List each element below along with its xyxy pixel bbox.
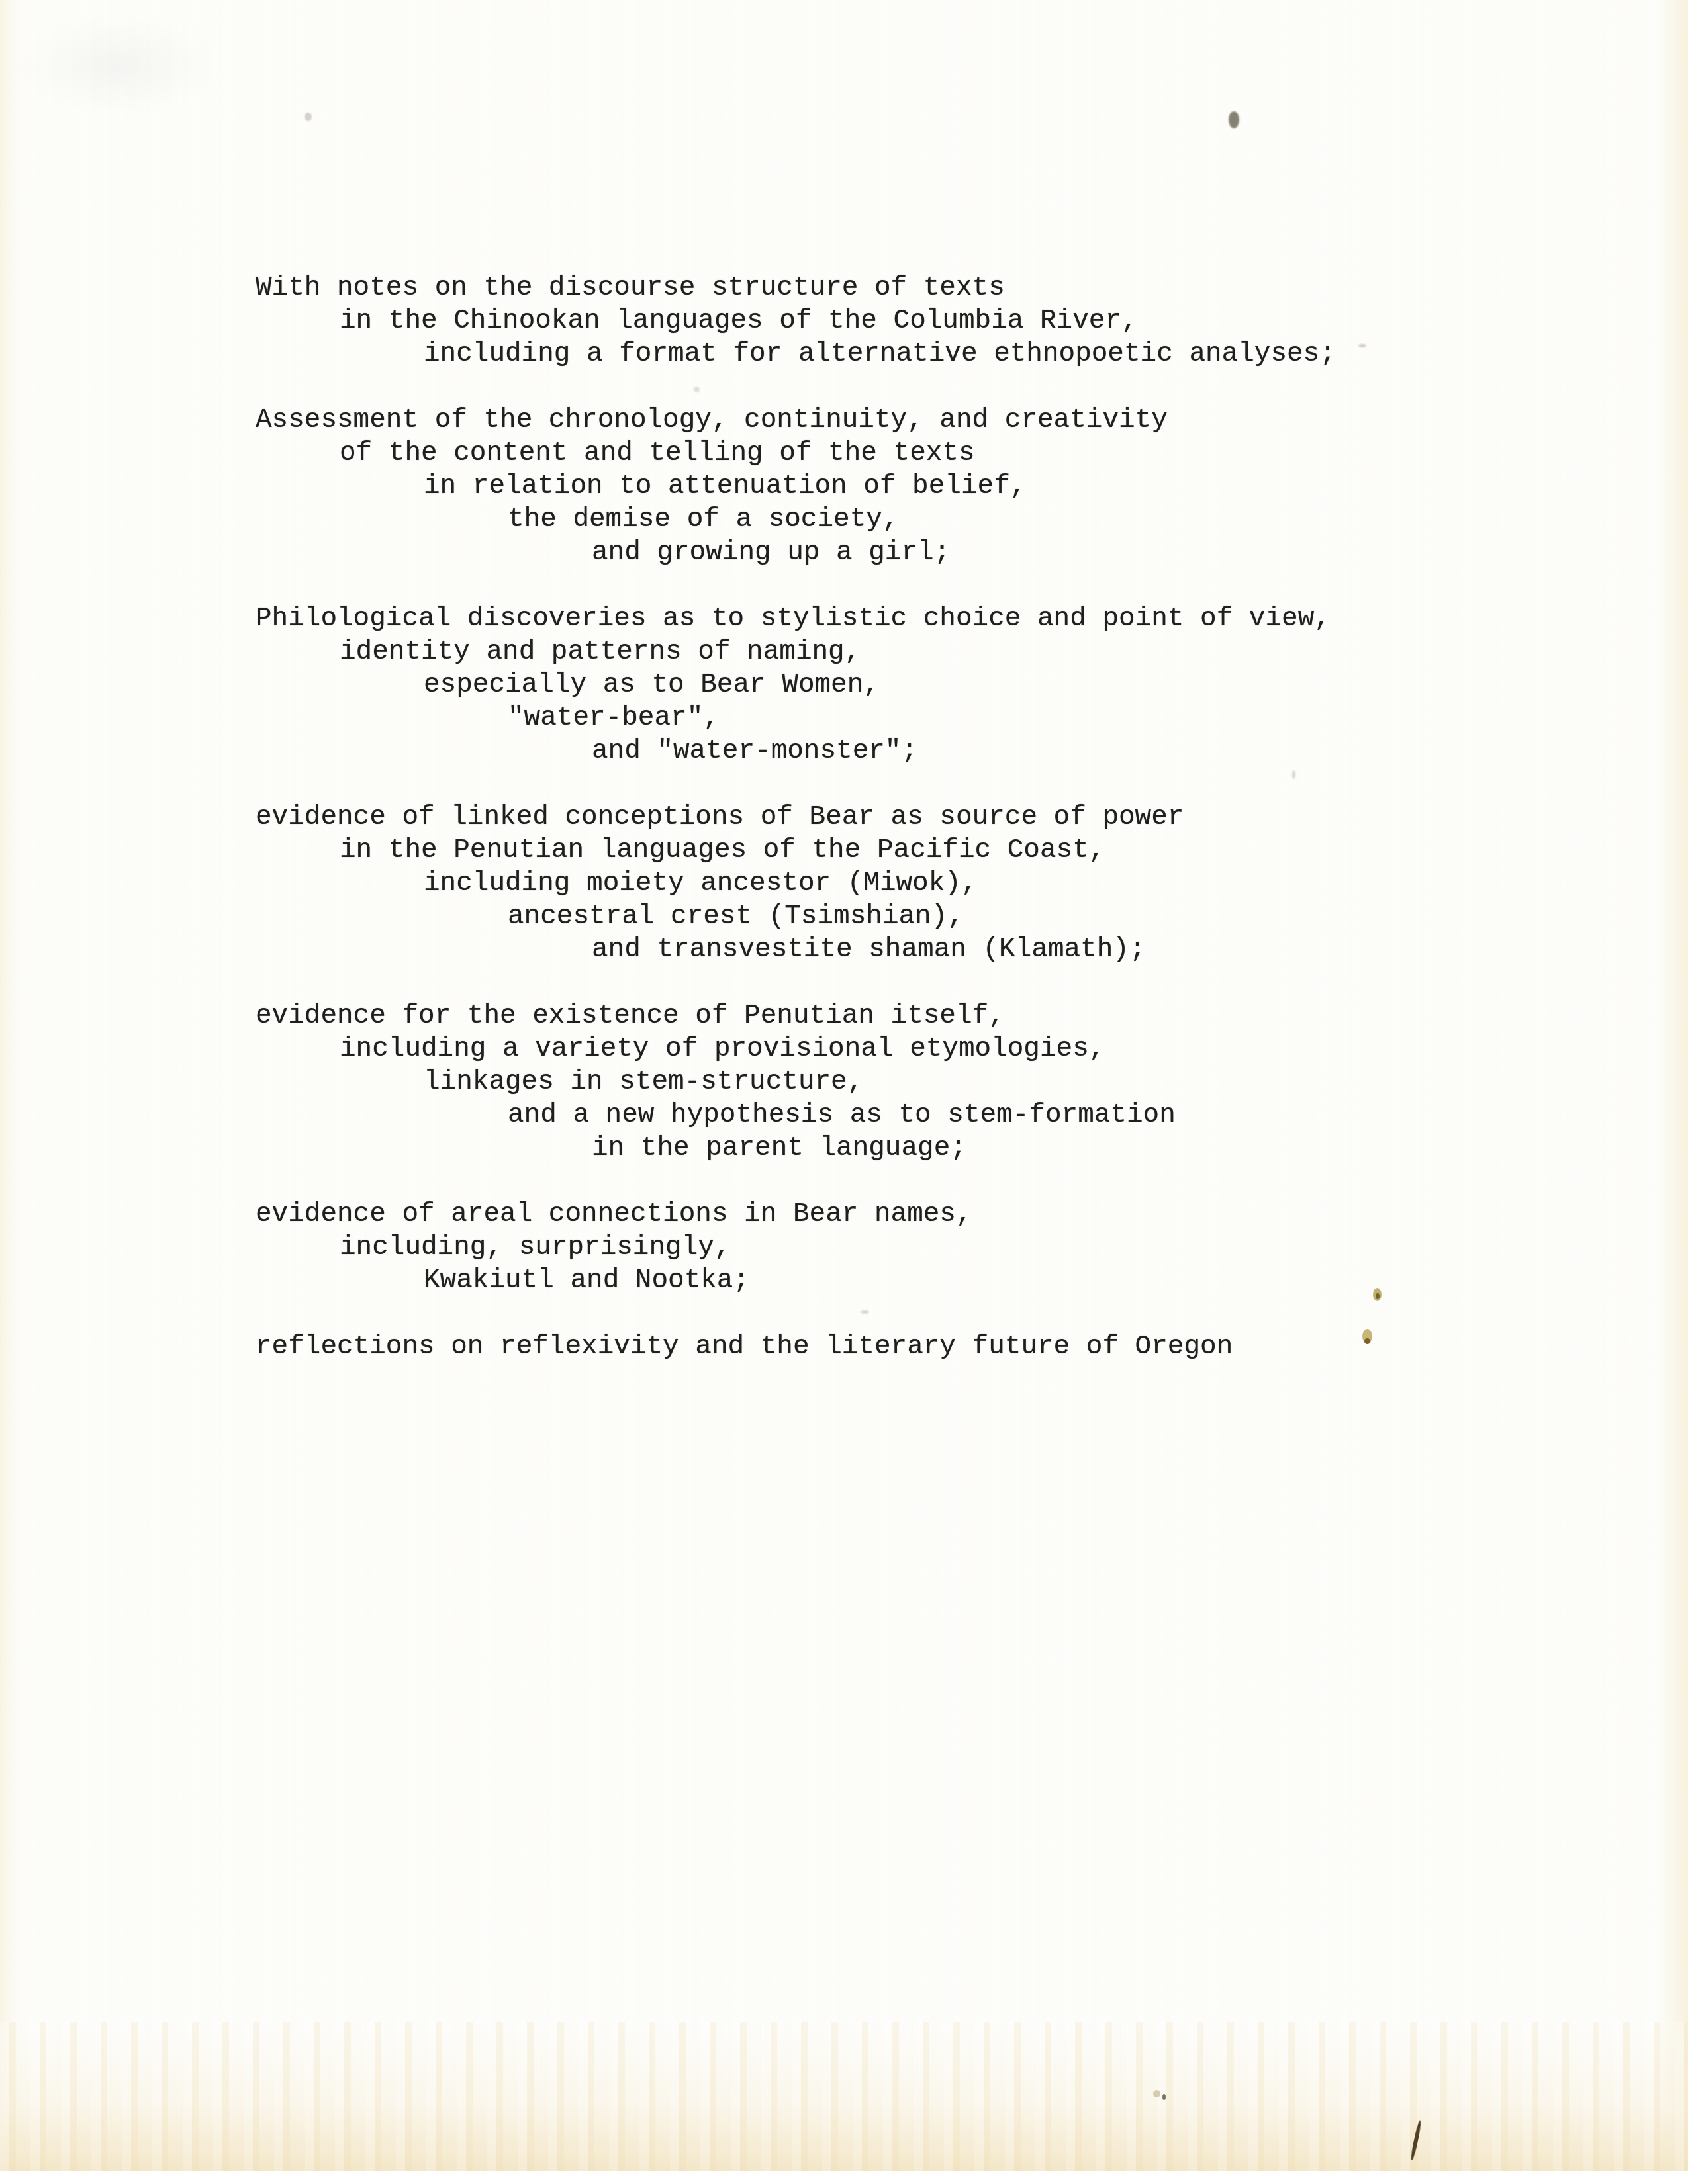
tan-fleck-bottom [1153, 2090, 1160, 2097]
poem-line: Assessment of the chronology, continuity… [256, 404, 1336, 437]
faint-dash-right-top [1358, 344, 1366, 347]
poem-line: and growing up a girl; [256, 536, 1336, 569]
poem-line: linkages in stem-structure, [256, 1066, 1336, 1099]
poem-line: the demise of a society, [256, 503, 1336, 536]
poem-line: in the Penutian languages of the Pacific… [256, 834, 1336, 867]
olive-speck-lower-core [1364, 1338, 1370, 1344]
stanza: evidence of linked conceptions of Bear a… [256, 801, 1336, 966]
poem-line: and a new hypothesis as to stem-formatio… [256, 1099, 1336, 1132]
olive-speck-upper-core [1376, 1293, 1380, 1299]
poem-line: of the content and telling of the texts [256, 437, 1336, 470]
stanza: reflections on reflexivity and the liter… [256, 1330, 1336, 1363]
poem-line: identity and patterns of naming, [256, 635, 1336, 668]
poem-line: in relation to attenuation of belief, [256, 470, 1336, 503]
poem-line: including a variety of provisional etymo… [256, 1032, 1336, 1066]
poem-line: Kwakiutl and Nootka; [256, 1264, 1336, 1297]
poem-line: especially as to Bear Women, [256, 668, 1336, 702]
poem-line: including a format for alternative ethno… [256, 338, 1336, 371]
scanned-page: With notes on the discourse structure of… [0, 0, 1688, 2184]
bottom-streak-texture [0, 2022, 1688, 2171]
poem-line: ancestral crest (Tsimshian), [256, 900, 1336, 933]
faint-dot-top-left [305, 113, 312, 121]
poem-line: including moiety ancestor (Miwok), [256, 867, 1336, 900]
poem-line: including, surprisingly, [256, 1231, 1336, 1264]
stanza: Assessment of the chronology, continuity… [256, 404, 1336, 569]
scanner-background-strip [0, 2171, 1688, 2184]
poem-line: evidence for the existence of Penutian i… [256, 999, 1336, 1032]
stanza: evidence for the existence of Penutian i… [256, 999, 1336, 1165]
paper-edge-tint-bottom [0, 2022, 1688, 2171]
poem-line: evidence of areal connections in Bear na… [256, 1198, 1336, 1231]
poem-line: Philological discoveries as to stylistic… [256, 602, 1336, 635]
poem-line: reflections on reflexivity and the liter… [256, 1330, 1336, 1363]
stanza: With notes on the discourse structure of… [256, 271, 1336, 371]
poem-line: in the Chinookan languages of the Columb… [256, 304, 1336, 338]
dark-fleck-bottom [1162, 2094, 1166, 2100]
poem-line: evidence of linked conceptions of Bear a… [256, 801, 1336, 834]
faint-dash-above-last-line [861, 1310, 869, 1314]
stanza: evidence of areal connections in Bear na… [256, 1198, 1336, 1297]
faint-dot-mid-left [694, 387, 700, 392]
stanza: Philological discoveries as to stylistic… [256, 602, 1336, 768]
faint-tick-right [1292, 770, 1295, 779]
poem-line: "water-bear", [256, 702, 1336, 735]
poem-line: and transvestite shaman (Klamath); [256, 933, 1336, 966]
poem-line: in the parent language; [256, 1132, 1336, 1165]
top-left-smudge [19, 16, 217, 115]
poem: With notes on the discourse structure of… [256, 271, 1336, 1396]
smudge-top-center [1229, 111, 1239, 128]
paper-edge-tint-right [1658, 0, 1688, 2184]
poem-line: With notes on the discourse structure of… [256, 271, 1336, 304]
paper-edge-tint-left [0, 0, 23, 2184]
poem-line: and "water-monster"; [256, 735, 1336, 768]
